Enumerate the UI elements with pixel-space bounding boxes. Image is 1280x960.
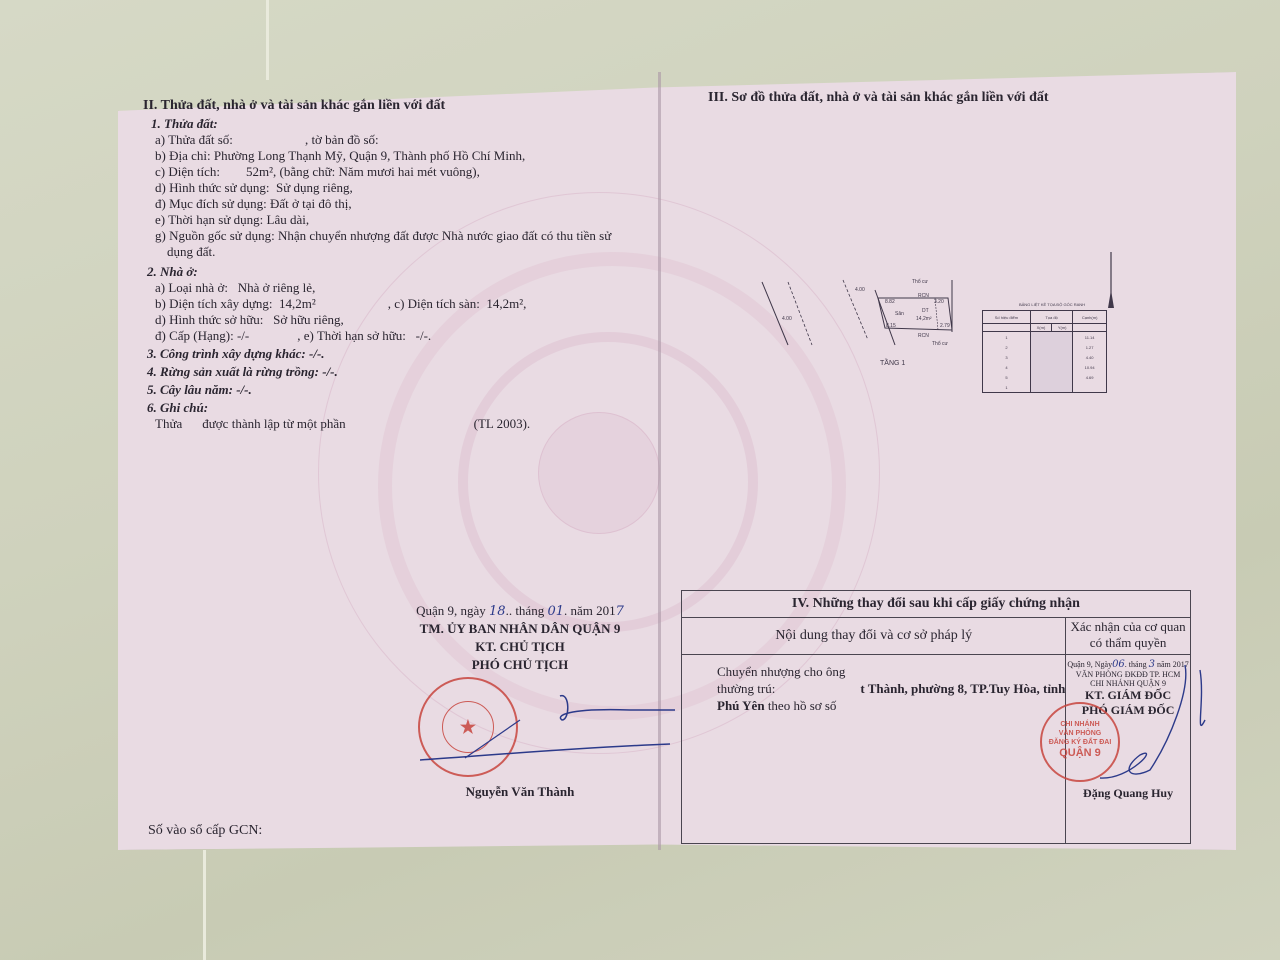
house-heading: 2. Nhà ở: [143,264,653,280]
signing-role: PHÓ CHỦ TỊCH [400,656,640,674]
section-iii-title: III. Sơ đồ thửa đất, nhà ở và tài sản kh… [708,90,1049,106]
signing-kt: KT. CHỦ TỊCH [400,638,640,656]
plot-diagram: Thổ cư Thổ cư RCN RCN Sân DT 14,2m² 4.00… [740,250,980,380]
gcn-number-label: Số vào sổ cấp GCN: [148,823,262,839]
coord-row: 410.94 [983,362,1107,372]
construction-area-row: b) Diện tích xây dựng: 14,2m², c) Diện t… [143,296,653,312]
dim-4-00: 4.00 [782,316,792,322]
coord-row: 21.27 [983,342,1107,352]
floor-tile-seam [203,850,206,960]
notes-row: Thửađược thành lập từ một phần(TL 2003). [143,416,653,432]
dim-3-20: 3.20 [934,299,944,305]
parcel-number-row: a) Thửa đất số:, tờ bản đồ số: [143,132,653,148]
left-signing-block: Quận 9, ngày 18.. tháng 01. năm 2017 TM.… [400,603,640,674]
label-rcn: RCN [918,293,929,299]
coord-row: 54.69 [983,372,1107,382]
label-tho-cu-2: Thổ cư [932,340,949,347]
right-signature [1060,660,1210,790]
label-san: Sân [895,311,904,317]
floor-tile-seam [266,0,269,80]
usage-origin-row: g) Nguồn gốc sử dụng: Nhận chuyển nhượng… [143,228,653,244]
coord-table-title: BẢNG LIỆT KÊ TỌA ĐỘ GÓC RANH [1002,302,1102,307]
changes-title: IV. Những thay đổi sau khi cấp giấy chứn… [682,591,1191,618]
label-dt: DT [922,308,929,314]
left-signer-name: Nguyễn Văn Thành [400,784,640,800]
label-rcn-2: RCN [918,333,929,339]
house-type-row: a) Loại nhà ở: Nhà ở riêng lẻ, [143,280,653,296]
dim-8-15: 8.15 [886,323,896,329]
left-page: II. Thửa đất, nhà ở và tài sản khác gắn … [143,98,653,432]
other-construction-row: 3. Công trình xây dựng khác: -/-. [143,346,653,362]
usage-origin-cont: dụng đất. [143,244,653,260]
usage-purpose-row: đ) Mục đích sử dụng: Đất ở tại đô thị, [143,196,653,212]
coord-row: 1 [983,382,1107,393]
label-area: 14,2m² [916,316,932,322]
section-ii-title: II. Thửa đất, nhà ở và tài sản khác gắn … [143,98,653,114]
dim-8-82: 8.82 [885,299,895,305]
production-forest-row: 4. Rừng sản xuất là rừng trồng: -/-. [143,364,653,380]
coordinate-table: BẢNG LIỆT KÊ TỌA ĐỘ GÓC RANH Số hiệu điể… [982,302,1102,393]
dim-2-79: 2.79 [940,323,950,329]
land-heading: 1. Thửa đất: [143,116,653,132]
floor-label: TẦNG 1 [880,357,905,367]
ownership-form-row: d) Hình thức sở hữu: Sở hữu riêng, [143,312,653,328]
perennial-trees-row: 5. Cây lâu năm: -/-. [143,382,653,398]
address-row: b) Địa chỉ: Phường Long Thạnh Mỹ, Quận 9… [143,148,653,164]
notes-heading: 6. Ghi chú: [143,400,653,416]
grade-row: đ) Cấp (Hạng): -/-, e) Thời hạn sở hữu: … [143,328,653,344]
north-arrow-icon [1104,250,1118,310]
left-signature [420,690,680,770]
signing-org: TM. ỦY BAN NHÂN DÂN QUẬN 9 [400,620,640,638]
label-tho-cu: Thổ cư [912,278,929,285]
signing-date: Quận 9, ngày 18.. tháng 01. năm 2017 [400,603,640,620]
dim-4-00-b: 4.00 [855,287,865,293]
col-content-header: Nội dung thay đổi và cơ sở pháp lý [682,618,1066,655]
usage-term-row: e) Thời hạn sử dụng: Lâu dài, [143,212,653,228]
change-content-cell: Chuyển nhượng cho ông thường trú:t Thành… [682,655,1066,844]
area-row: c) Diện tích:52m², (bằng chữ: Năm mươi h… [143,164,653,180]
coord-row: 111.14 [983,332,1107,343]
col-confirm-header: Xác nhận của cơ quan có thẩm quyền [1066,618,1190,655]
coord-row: 34.40 [983,352,1107,362]
coord-table-grid: Số hiệu điểm Tọa độ Cạnh(m) X(m) Y(m) 11… [982,310,1107,393]
usage-form-row: d) Hình thức sử dụng: Sử dụng riêng, [143,180,653,196]
